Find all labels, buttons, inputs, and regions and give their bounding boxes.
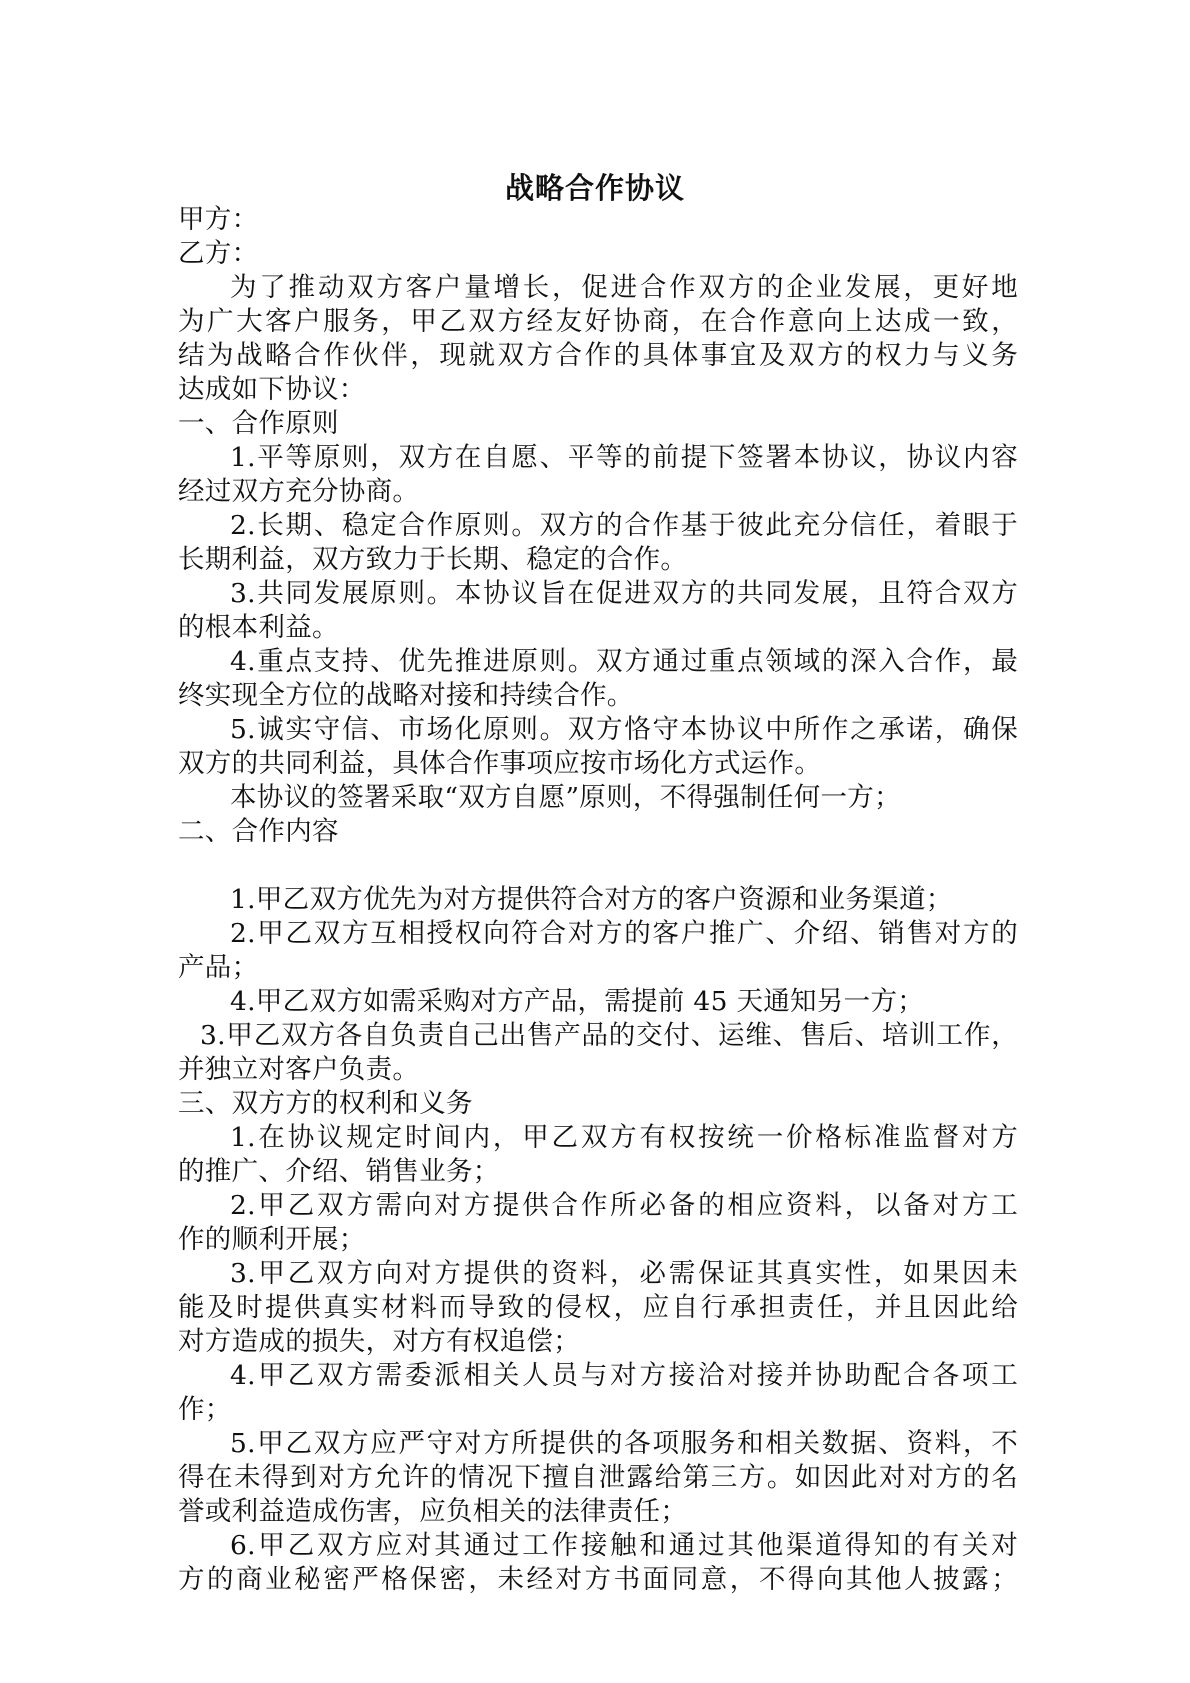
paragraph-line: 能及时提供真实材料而导致的侵权，应自行承担责任，并且因此给	[178, 1291, 1018, 1325]
paragraph-line: 乙方：	[178, 237, 1018, 271]
paragraph-line: 并独立对客户负责。	[178, 1053, 1018, 1087]
paragraph-line: 结为战略合作伙伴，现就双方合作的具体事宜及双方的权力与义务	[178, 339, 1018, 373]
paragraph-line: 达成如下协议：	[178, 373, 1018, 407]
paragraph-line: 终实现全方位的战略对接和持续合作。	[178, 679, 1018, 713]
paragraph-line: 为了推动双方客户量增长，促进合作双方的企业发展，更好地	[230, 271, 1018, 305]
paragraph-line: 誉或利益造成伤害，应负相关的法律责任；	[178, 1495, 1018, 1529]
paragraph-line: 4.甲乙双方需委派相关人员与对方接洽对接并协助配合各项工	[230, 1359, 1018, 1393]
paragraph-line: 方的商业秘密严格保密，未经对方书面同意，不得向其他人披露；	[178, 1563, 1018, 1597]
paragraph-line: 1.甲乙双方优先为对方提供符合对方的客户资源和业务渠道；	[230, 883, 1018, 917]
paragraph-line: 对方造成的损失，对方有权追偿；	[178, 1325, 1018, 1359]
paragraph-line: 1.在协议规定时间内，甲乙双方有权按统一价格标准监督对方	[230, 1121, 1018, 1155]
paragraph-line: 一、合作原则	[178, 407, 1018, 441]
paragraph-line: 产品；	[178, 951, 1018, 985]
paragraph-line: 为广大客户服务，甲乙双方经友好协商，在合作意向上达成一致，	[178, 305, 1018, 339]
paragraph-line: 作的顺利开展；	[178, 1223, 1018, 1257]
paragraph-line: 得在未得到对方允许的情况下擅自泄露给第三方。如因此对对方的名	[178, 1461, 1018, 1495]
paragraph-line: 3.共同发展原则。本协议旨在促进双方的共同发展，且符合双方	[230, 577, 1018, 611]
paragraph-line: 5.诚实守信、市场化原则。双方恪守本协议中所作之承诺，确保	[230, 713, 1018, 747]
document-page: 战略合作协议 甲方：乙方：为了推动双方客户量增长，促进合作双方的企业发展，更好地…	[0, 0, 1190, 1683]
paragraph-line: 的根本利益。	[178, 611, 1018, 645]
paragraph-line: 作；	[178, 1393, 1018, 1427]
paragraph-line: 本协议的签署采取“双方自愿”原则，不得强制任何一方；	[230, 781, 1018, 815]
paragraph-line: 甲方：	[178, 203, 1018, 237]
paragraph-line: 经过双方充分协商。	[178, 475, 1018, 509]
paragraph-line: 1.平等原则，双方在自愿、平等的前提下签署本协议，协议内容	[230, 441, 1018, 475]
paragraph-line: 4.重点支持、优先推进原则。双方通过重点领域的深入合作，最	[230, 645, 1018, 679]
paragraph-line: 三、双方方的权利和义务	[178, 1087, 1018, 1121]
paragraph-line: 2.甲乙双方互相授权向符合对方的客户推广、介绍、销售对方的	[230, 917, 1018, 951]
paragraph-line: 4.甲乙双方如需采购对方产品，需提前 45 天通知另一方；	[230, 985, 1018, 1019]
paragraph-line: 3.甲乙双方向对方提供的资料，必需保证其真实性，如果因未	[230, 1257, 1018, 1291]
paragraph-line: 3.甲乙双方各自负责自己出售产品的交付、运维、售后、培训工作，	[200, 1019, 1018, 1053]
document-title: 战略合作协议	[0, 168, 1190, 208]
paragraph-line: 5.甲乙双方应严守对方所提供的各项服务和相关数据、资料，不	[230, 1427, 1018, 1461]
paragraph-line: 二、合作内容	[178, 815, 1018, 849]
paragraph-line: 2.甲乙双方需向对方提供合作所必备的相应资料，以备对方工	[230, 1189, 1018, 1223]
paragraph-line: 6.甲乙双方应对其通过工作接触和通过其他渠道得知的有关对	[230, 1529, 1018, 1563]
paragraph-line: 的推广、介绍、销售业务；	[178, 1155, 1018, 1189]
paragraph-line: 长期利益，双方致力于长期、稳定的合作。	[178, 543, 1018, 577]
paragraph-line: 双方的共同利益，具体合作事项应按市场化方式运作。	[178, 747, 1018, 781]
paragraph-line: 2.长期、稳定合作原则。双方的合作基于彼此充分信任，着眼于	[230, 509, 1018, 543]
